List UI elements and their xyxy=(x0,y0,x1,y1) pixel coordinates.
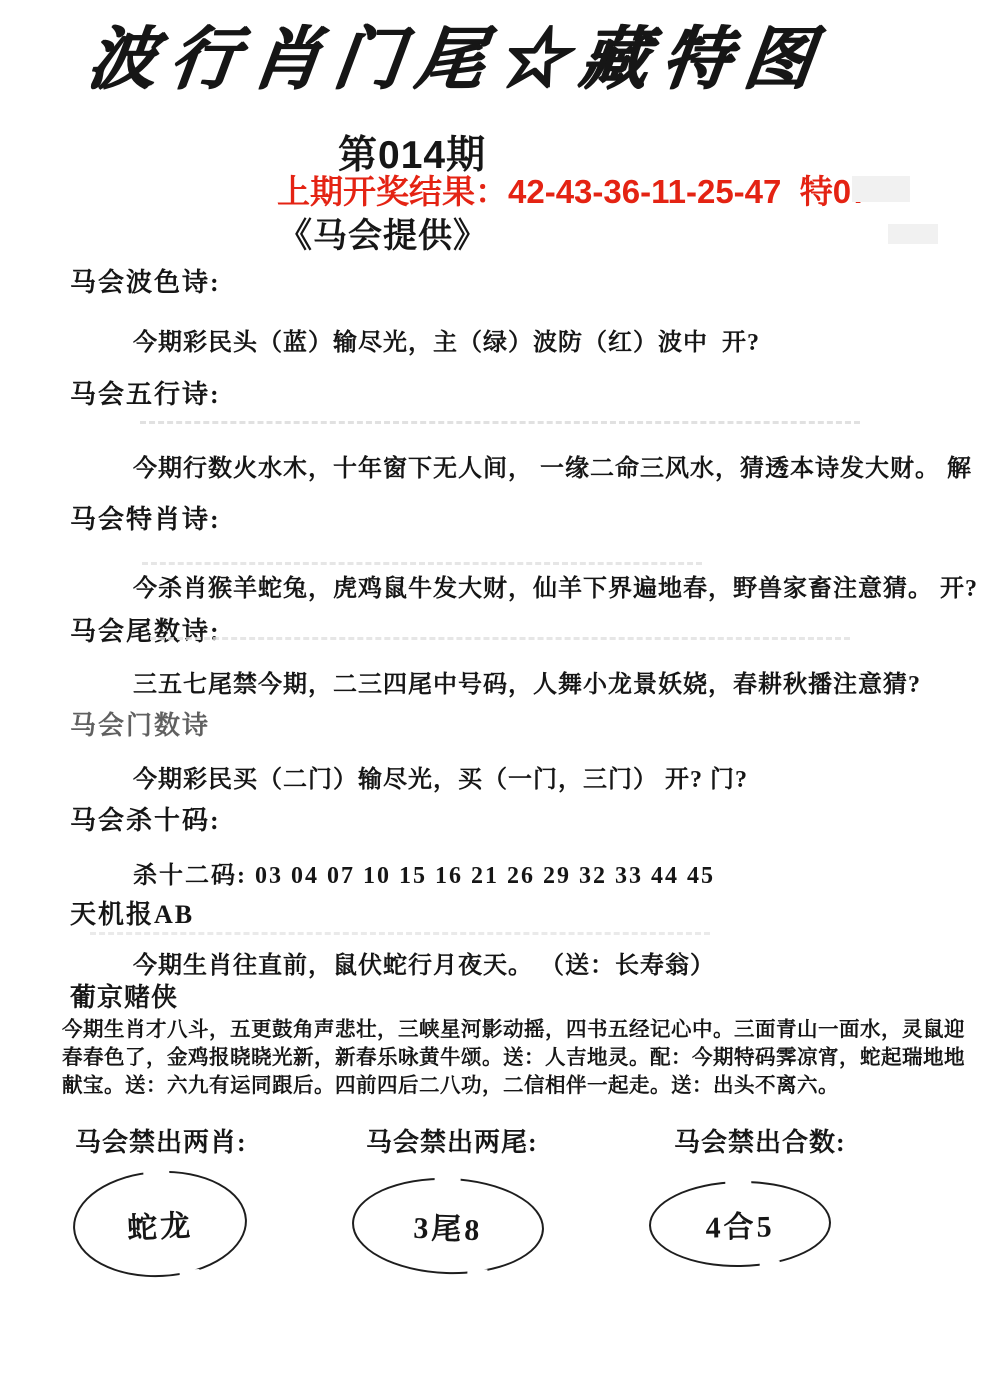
section-heading-tail-number: 马会尾数诗: xyxy=(70,611,221,648)
scan-smudge xyxy=(888,224,938,244)
provider-note: 《马会提供》 xyxy=(278,208,488,257)
pujing-line: 献宝。送：六九有运同跟后。四前四后二八功，二信相伴一起走。送：出头不离六。 xyxy=(62,1068,839,1098)
kill-codes-line: 杀十二码: 03 04 07 10 15 16 21 26 29 32 33 4… xyxy=(133,855,715,890)
section-heading-five-elements: 马会五行诗: xyxy=(70,374,221,411)
section-heading-tianji-report: 天机报AB xyxy=(70,894,194,931)
section-heading-wave-color: 马会波色诗: xyxy=(70,262,221,299)
lottery-tip-sheet: 波行肖门尾☆藏特图 第014期 上期开奖结果：42-43-36-11-25-47… xyxy=(0,0,981,1388)
section-heading-kill-codes: 马会杀十码: xyxy=(70,800,221,837)
scan-noise xyxy=(140,421,860,424)
ban-label-sum: 马会禁出合数: xyxy=(674,1122,846,1159)
scan-smudge xyxy=(852,176,910,202)
scan-noise xyxy=(90,932,710,935)
page-title: 波行肖门尾☆藏特图 xyxy=(82,14,913,106)
poem-five-elements: 今期行数火水木，十年窗下无人间， 一缘二命三风水，猜透本诗发大财。 解（?） xyxy=(133,448,981,483)
section-heading-pujing: 葡京赌侠 xyxy=(70,977,178,1014)
scan-noise xyxy=(142,562,702,565)
poem-wave-color: 今期彩民头（蓝）输尽光，主（绿）波防（红）波中 开? xyxy=(133,322,760,357)
scan-noise xyxy=(150,637,850,640)
ban-oval-two-tails: 3尾8 xyxy=(350,1175,545,1278)
poem-gate-number: 今期彩民买（二门）输尽光，买（一门，三门） 开? 门? xyxy=(133,759,748,794)
ban-value-two-zodiacs: 蛇龙 xyxy=(126,1200,194,1247)
pujing-line: 今期生肖才八斗，五更鼓角声悲壮，三峡星河影动摇，四书五经记心中。三面青山一面水，… xyxy=(62,1012,965,1042)
section-heading-gate-number: 马会门数诗 xyxy=(70,705,210,742)
poem-tianji: 今期生肖往直前，鼠伏蛇行月夜天。 （送：长寿翁） xyxy=(133,945,715,980)
last-draw-result: 上期开奖结果：42-43-36-11-25-47 特07 xyxy=(277,166,869,213)
section-heading-special-zodiac: 马会特肖诗: xyxy=(70,499,221,536)
pujing-line: 春春色了，金鸡报晓晓光新，新春乐咏黄牛颂。送：人吉地灵。配：今期特码霁凉宵，蛇起… xyxy=(62,1040,965,1070)
ban-value-sum: 4合5 xyxy=(705,1201,775,1246)
ban-value-two-tails: 3尾8 xyxy=(413,1203,483,1249)
poem-tail-number: 三五七尾禁今期，二三四尾中号码，人舞小龙景妖娆，春耕秋播注意猜? xyxy=(133,664,921,699)
ban-label-two-zodiacs: 马会禁出两肖: xyxy=(75,1122,247,1159)
ban-oval-two-zodiacs: 蛇龙 xyxy=(70,1167,249,1282)
poem-special-zodiac: 今杀肖猴羊蛇兔，虎鸡鼠牛发大财，仙羊下界遍地春，野兽家畜注意猜。 开? xyxy=(133,568,978,603)
ban-oval-sum: 4合5 xyxy=(648,1179,831,1268)
ban-label-two-tails: 马会禁出两尾: xyxy=(366,1122,538,1159)
